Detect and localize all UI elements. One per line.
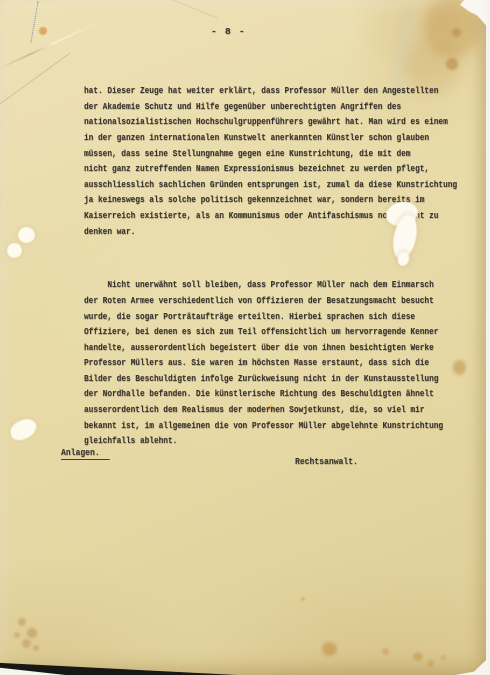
stain [322, 642, 337, 656]
stain [452, 28, 461, 37]
paper-damage-spot [7, 243, 22, 258]
stain [427, 660, 434, 667]
stain [27, 628, 37, 638]
signature-title: Rechtsanwalt. [295, 456, 358, 467]
torn-corner [460, 0, 490, 30]
attachments-label-text: Anlagen. [61, 447, 110, 460]
attachments-label: Anlagen. [61, 447, 110, 460]
stain [413, 652, 423, 661]
stain [33, 645, 39, 651]
paragraph: Nicht unerwähnt soll bleiben, dass Profe… [84, 277, 461, 449]
document-body: hat. Dieser Zeuge hat weiter erklärt, da… [84, 52, 461, 480]
fold-crease [150, 0, 217, 18]
paragraph: hat. Dieser Zeuge hat weiter erklärt, da… [84, 83, 461, 239]
stain [22, 639, 31, 648]
stain [441, 655, 446, 660]
page-number: - 8 - [211, 26, 246, 37]
crease-mark [30, 1, 38, 43]
stain [382, 648, 389, 655]
stain [39, 27, 47, 35]
stain [14, 632, 20, 638]
paper-sheet: - 8 - hat. Dieser Zeuge hat weiter erklä… [0, 0, 486, 675]
paper-damage-spot [18, 227, 35, 243]
scanned-document-page: - 8 - hat. Dieser Zeuge hat weiter erklä… [0, 0, 490, 675]
fold-crease [0, 53, 70, 104]
stain [301, 597, 305, 601]
stain [18, 618, 26, 626]
paper-damage-spot [8, 416, 40, 442]
